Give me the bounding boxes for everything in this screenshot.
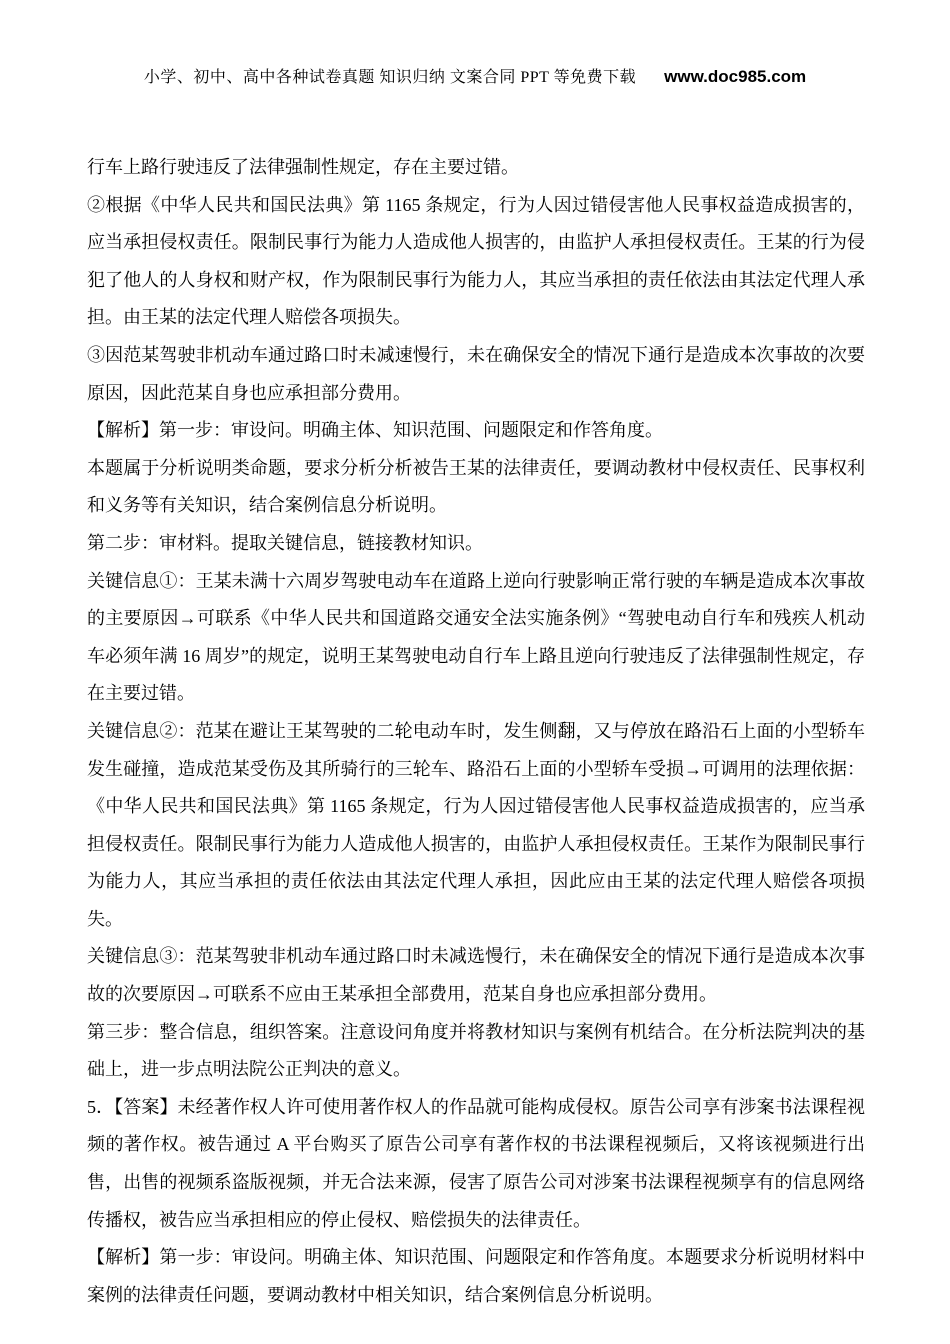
document-page: 小学、初中、高中各种试卷真题 知识归纳 文案合同 PPT 等免费下载www.do… <box>0 0 950 1344</box>
paragraph-question5-answer: 5．【答案】未经著作权人许可使用著作权人的作品就可能构成侵权。原告公司享有涉案书… <box>87 1089 865 1239</box>
paragraph-analysis4-step2: 第二步：审材料。提取关键信息，链接教材知识。 <box>87 525 865 563</box>
paragraph-analysis4-keyinfo2: 关键信息②：范某在避让王某驾驶的二轮电动车时，发生侧翻，又与停放在路沿石上面的小… <box>87 713 865 939</box>
header-site-url: www.doc985.com <box>664 67 806 86</box>
paragraph-answer4-point1-continuation: 行车上路行驶违反了法律强制性规定，存在主要过错。 <box>87 149 865 187</box>
paragraph-analysis4-step1-detail: 本题属于分析说明类命题，要求分析分析被告王某的法律责任，要调动教材中侵权责任、民… <box>87 450 865 525</box>
paragraph-question5-analysis: 【解析】第一步：审设问。明确主体、知识范围、问题限定和作答角度。本题要求分析说明… <box>87 1239 865 1314</box>
paragraph-analysis4-keyinfo1: 关键信息①：王某未满十六周岁驾驶电动车在道路上逆向行驶影响正常行驶的车辆是造成本… <box>87 563 865 713</box>
paragraph-analysis4-step1: 【解析】第一步：审设问。明确主体、知识范围、问题限定和作答角度。 <box>87 412 865 450</box>
document-body: 行车上路行驶违反了法律强制性规定，存在主要过错。 ②根据《中华人民共和国民法典》… <box>87 149 865 1314</box>
paragraph-analysis4-step3: 第三步：整合信息，组织答案。注意设问角度并将教材知识与案例有机结合。在分析法院判… <box>87 1014 865 1089</box>
paragraph-answer4-point2: ②根据《中华人民共和国民法典》第 1165 条规定，行为人因过错侵害他人民事权益… <box>87 187 865 337</box>
paragraph-analysis4-keyinfo3: 关键信息③：范某驾驶非机动车通过路口时未减选慢行，未在确保安全的情况下通行是造成… <box>87 938 865 1013</box>
page-header: 小学、初中、高中各种试卷真题 知识归纳 文案合同 PPT 等免费下载www.do… <box>0 64 950 87</box>
paragraph-answer4-point3: ③因范某驾驶非机动车通过路口时未减速慢行，未在确保安全的情况下通行是造成本次事故… <box>87 337 865 412</box>
header-promo-text: 小学、初中、高中各种试卷真题 知识归纳 文案合同 PPT 等免费下载 <box>144 69 636 86</box>
